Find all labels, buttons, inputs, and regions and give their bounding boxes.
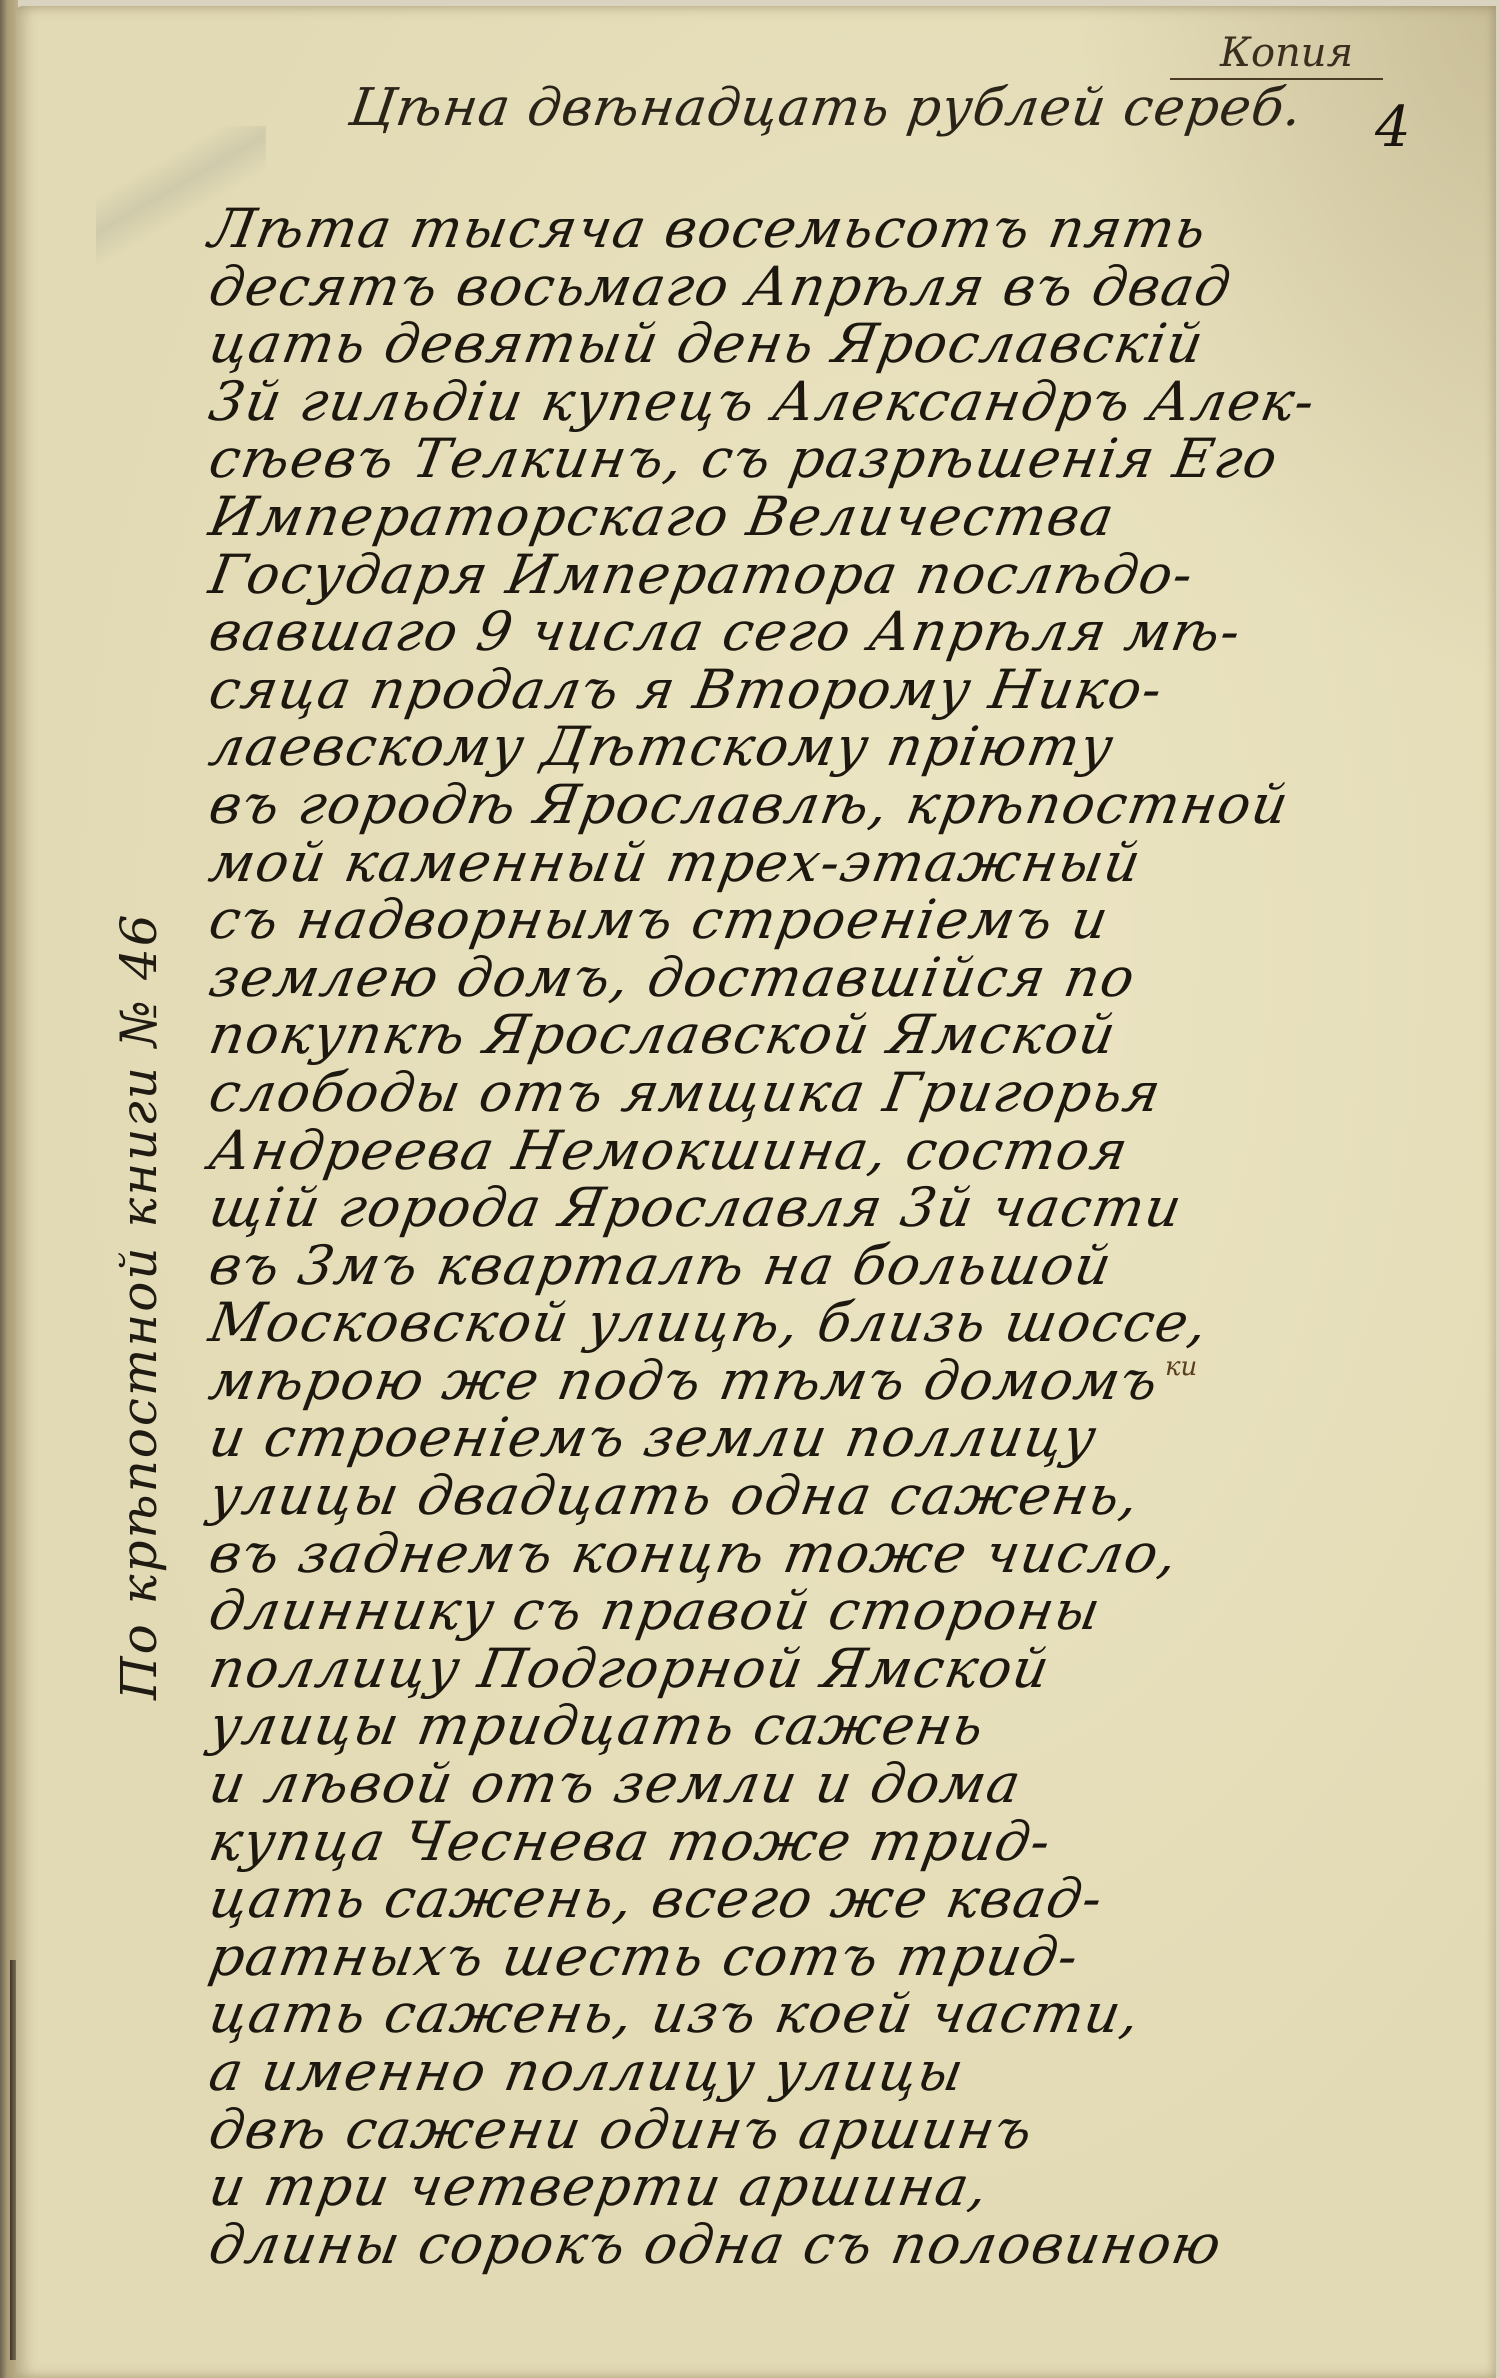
text-line: щій города Ярославля 3й части [205, 1179, 1500, 1237]
manuscript-body: Лѣта тысяча восемьсотъ пять десятъ восьм… [205, 200, 1495, 2273]
text-line: длиннику съ правой стороны [205, 1582, 1500, 1640]
text-line: ратныхъ шесть сотъ трид- [205, 1928, 1500, 1986]
text-line: землею домъ, доставшійся по [205, 949, 1500, 1007]
text-line: съ надворнымъ строеніемъ и [205, 891, 1500, 949]
text-line: слободы отъ ямщика Григорья [205, 1064, 1500, 1122]
margin-note-register-reference: По крѣпостной книги № 46 [110, 500, 168, 1700]
text-line: купца Чеснева тоже трид- [205, 1813, 1500, 1871]
text-line: поллицу Подгорной Ямской [205, 1640, 1500, 1698]
text-line: а именно поллицу улицы [205, 2043, 1500, 2101]
text-line: сѣевъ Телкинъ, съ разрѣшенія Его [205, 430, 1500, 488]
text-line: Андреева Немокшина, состоя [205, 1122, 1500, 1180]
text-line: цать девятый день Ярославскій [205, 315, 1500, 373]
text-line: лаевскому Дѣтскому пріюту [205, 718, 1500, 776]
text-line: Лѣта тысяча восемьсотъ пять [205, 200, 1500, 258]
text-line: Московской улицѣ, близь шоссе, [205, 1294, 1500, 1352]
text-line: покупкѣ Ярославской Ямской [205, 1006, 1500, 1064]
text-line: длины сорокъ одна съ половиною [205, 2216, 1500, 2274]
interlinear-insertion: ки [1165, 1352, 1197, 1382]
text-line: двѣ сажени одинъ аршинъ [205, 2101, 1500, 2159]
price-line: Цѣна двѣнадцать рублей сереб. [346, 78, 1307, 138]
copy-mark: Копия [1170, 30, 1383, 80]
page-number: 4 [1375, 95, 1411, 160]
text-line: въ заднемъ концѣ тоже число, [205, 1525, 1500, 1583]
text-line: въ городѣ Ярославлѣ, крѣпостной [205, 776, 1500, 834]
text-line: мѣрою же подъ тѣмъ домомъ [205, 1352, 1500, 1410]
text-line: и строеніемъ земли поллицу [205, 1409, 1500, 1467]
text-line: Императорскаго Величества [205, 488, 1500, 546]
text-line: и лѣвой отъ земли и дома [205, 1755, 1500, 1813]
text-line: улицы тридцать сажень [205, 1697, 1500, 1755]
text-line: сяца продалъ я Второму Нико- [205, 661, 1500, 719]
text-line: цать сажень, всего же квад- [205, 1870, 1500, 1928]
text-line: и три четверти аршина, [205, 2158, 1500, 2216]
text-line: въ 3мъ кварталѣ на большой [205, 1237, 1500, 1295]
text-line: Государя Императора послѣдо- [205, 546, 1500, 604]
text-line: 3й гильдіи купецъ Александръ Алек- [205, 373, 1500, 431]
text-line: цать сажень, изъ коей части, [205, 1985, 1500, 2043]
text-line: десятъ восьмаго Апрѣля въ двад [205, 258, 1500, 316]
text-line: мой каменный трех-этажный [205, 834, 1500, 892]
text-line: улицы двадцать одна сажень, [205, 1467, 1500, 1525]
text-line: вавшаго 9 числа сего Апрѣля мѣ- [205, 603, 1500, 661]
